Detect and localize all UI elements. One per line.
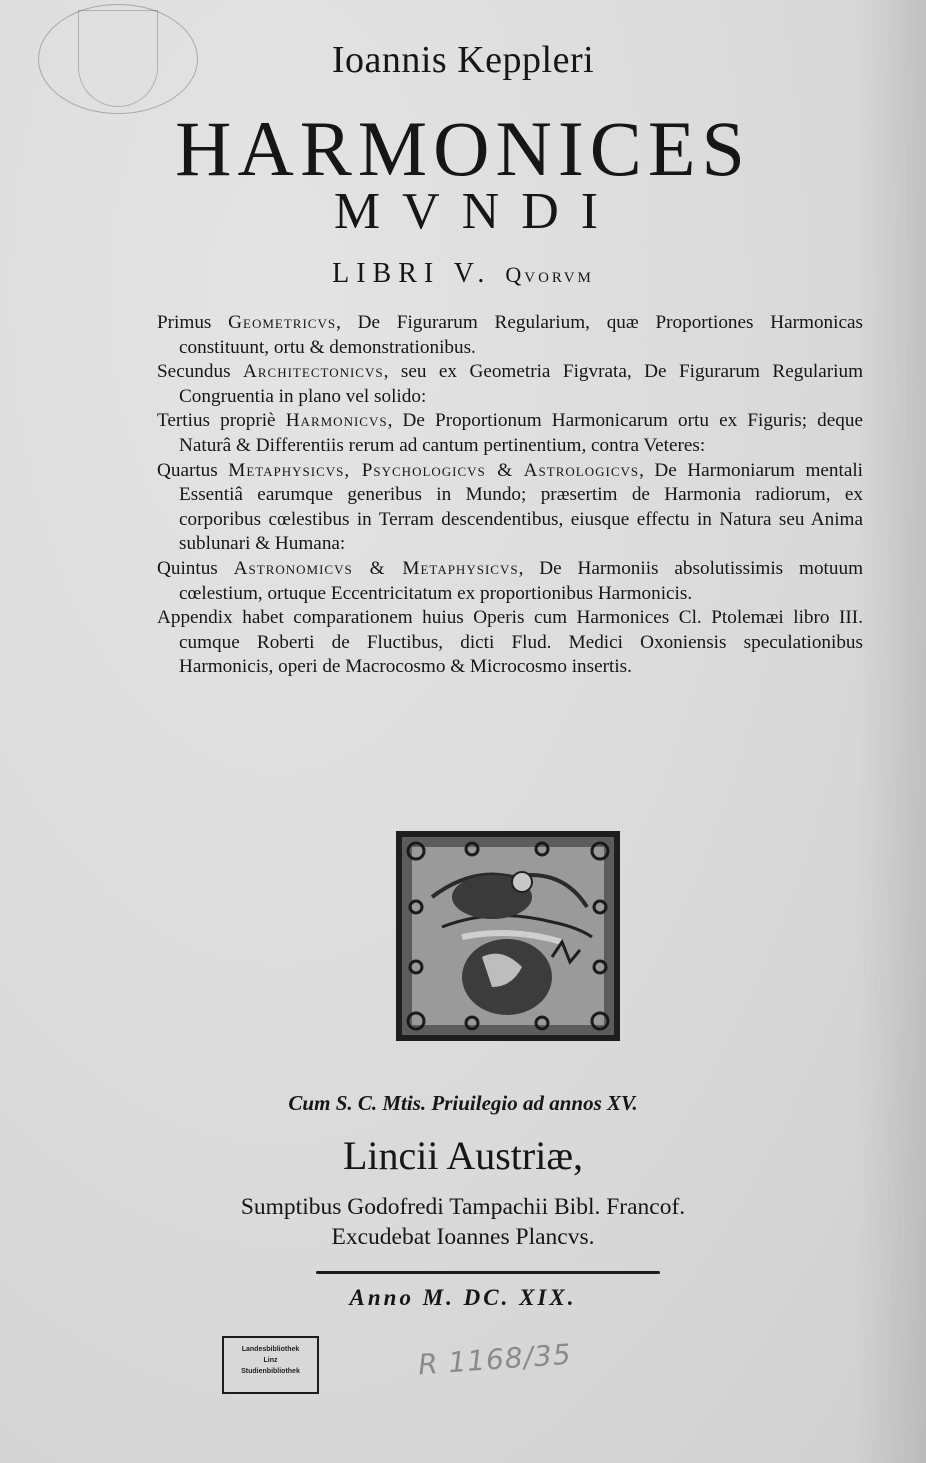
pencil-shelfmark: R 1168/35 — [417, 1338, 573, 1382]
contents-entry-4: Quartus Metaphysicvs, Psychologicvs & As… — [157, 459, 863, 557]
entry-lead: Quartus — [157, 460, 218, 481]
entry-lead: Primus — [157, 312, 211, 333]
woodcut-figure-icon — [402, 837, 614, 1035]
printers-device-woodcut — [396, 831, 620, 1041]
entry-smallcaps: Architectonicvs — [243, 361, 384, 382]
library-stamp-line3: Studienbibliothek — [224, 1366, 317, 1377]
entry-smallcaps: Geometricvs — [228, 312, 336, 333]
contents-entry-3: Tertius propriè Harmonicvs, De Proportio… — [157, 409, 863, 458]
entry-text: habet comparationem huius Operis cum Har… — [179, 607, 863, 677]
entry-lead: Tertius propriè — [157, 410, 276, 431]
author-name: Ioannis Keppleri — [0, 38, 926, 82]
libri-heading: LIBRI V. Qvorvm — [0, 258, 926, 290]
quorum-label: Qvorvm — [505, 262, 594, 287]
main-title: HARMONICES — [0, 110, 926, 188]
entry-lead: Quintus — [157, 558, 218, 579]
contents-entry-2: Secundus Architectonicvs, seu ex Geometr… — [157, 360, 863, 409]
entry-smallcaps: Metaphysicvs, Psychologicvs & Astrologic… — [228, 460, 639, 481]
entry-smallcaps: Astronomicvs & Metaphysicvs — [234, 558, 519, 579]
library-stamp-line2: Linz — [224, 1355, 317, 1366]
entry-text: , De Proportionum Harmonicarum ortu ex F… — [179, 410, 863, 456]
printer-line: Excudebat Ioannes Plancvs. — [0, 1224, 926, 1251]
entry-smallcaps: Harmonicvs — [286, 410, 388, 431]
entry-lead: Appendix — [157, 607, 233, 628]
contents-entry-appendix: Appendix habet comparationem huius Operi… — [157, 606, 863, 680]
libri-label: LIBRI V. — [332, 258, 491, 289]
book-contents: Primus Geometricvs, De Figurarum Regular… — [157, 311, 863, 680]
privilege-line: Cum S. C. Mtis. Priuilegio ad annos XV. — [0, 1091, 926, 1116]
library-stamp: Landesbibliothek Linz Studienbibliothek — [222, 1336, 319, 1394]
title-page: Ioannis Keppleri HARMONICES MVNDI LIBRI … — [0, 0, 926, 1463]
subtitle: MVNDI — [0, 186, 926, 238]
publication-year: Anno M. DC. XIX. — [0, 1285, 926, 1311]
publisher-line: Sumptibus Godofredi Tampachii Bibl. Fran… — [0, 1194, 926, 1221]
contents-entry-1: Primus Geometricvs, De Figurarum Regular… — [157, 311, 863, 360]
library-stamp-line1: Landesbibliothek — [224, 1344, 317, 1355]
place-of-publication: Lincii Austriæ, — [0, 1132, 926, 1179]
contents-entry-5: Quintus Astronomicvs & Metaphysicvs, De … — [157, 557, 863, 606]
divider-rule — [316, 1271, 660, 1274]
entry-lead: Secundus — [157, 361, 231, 382]
